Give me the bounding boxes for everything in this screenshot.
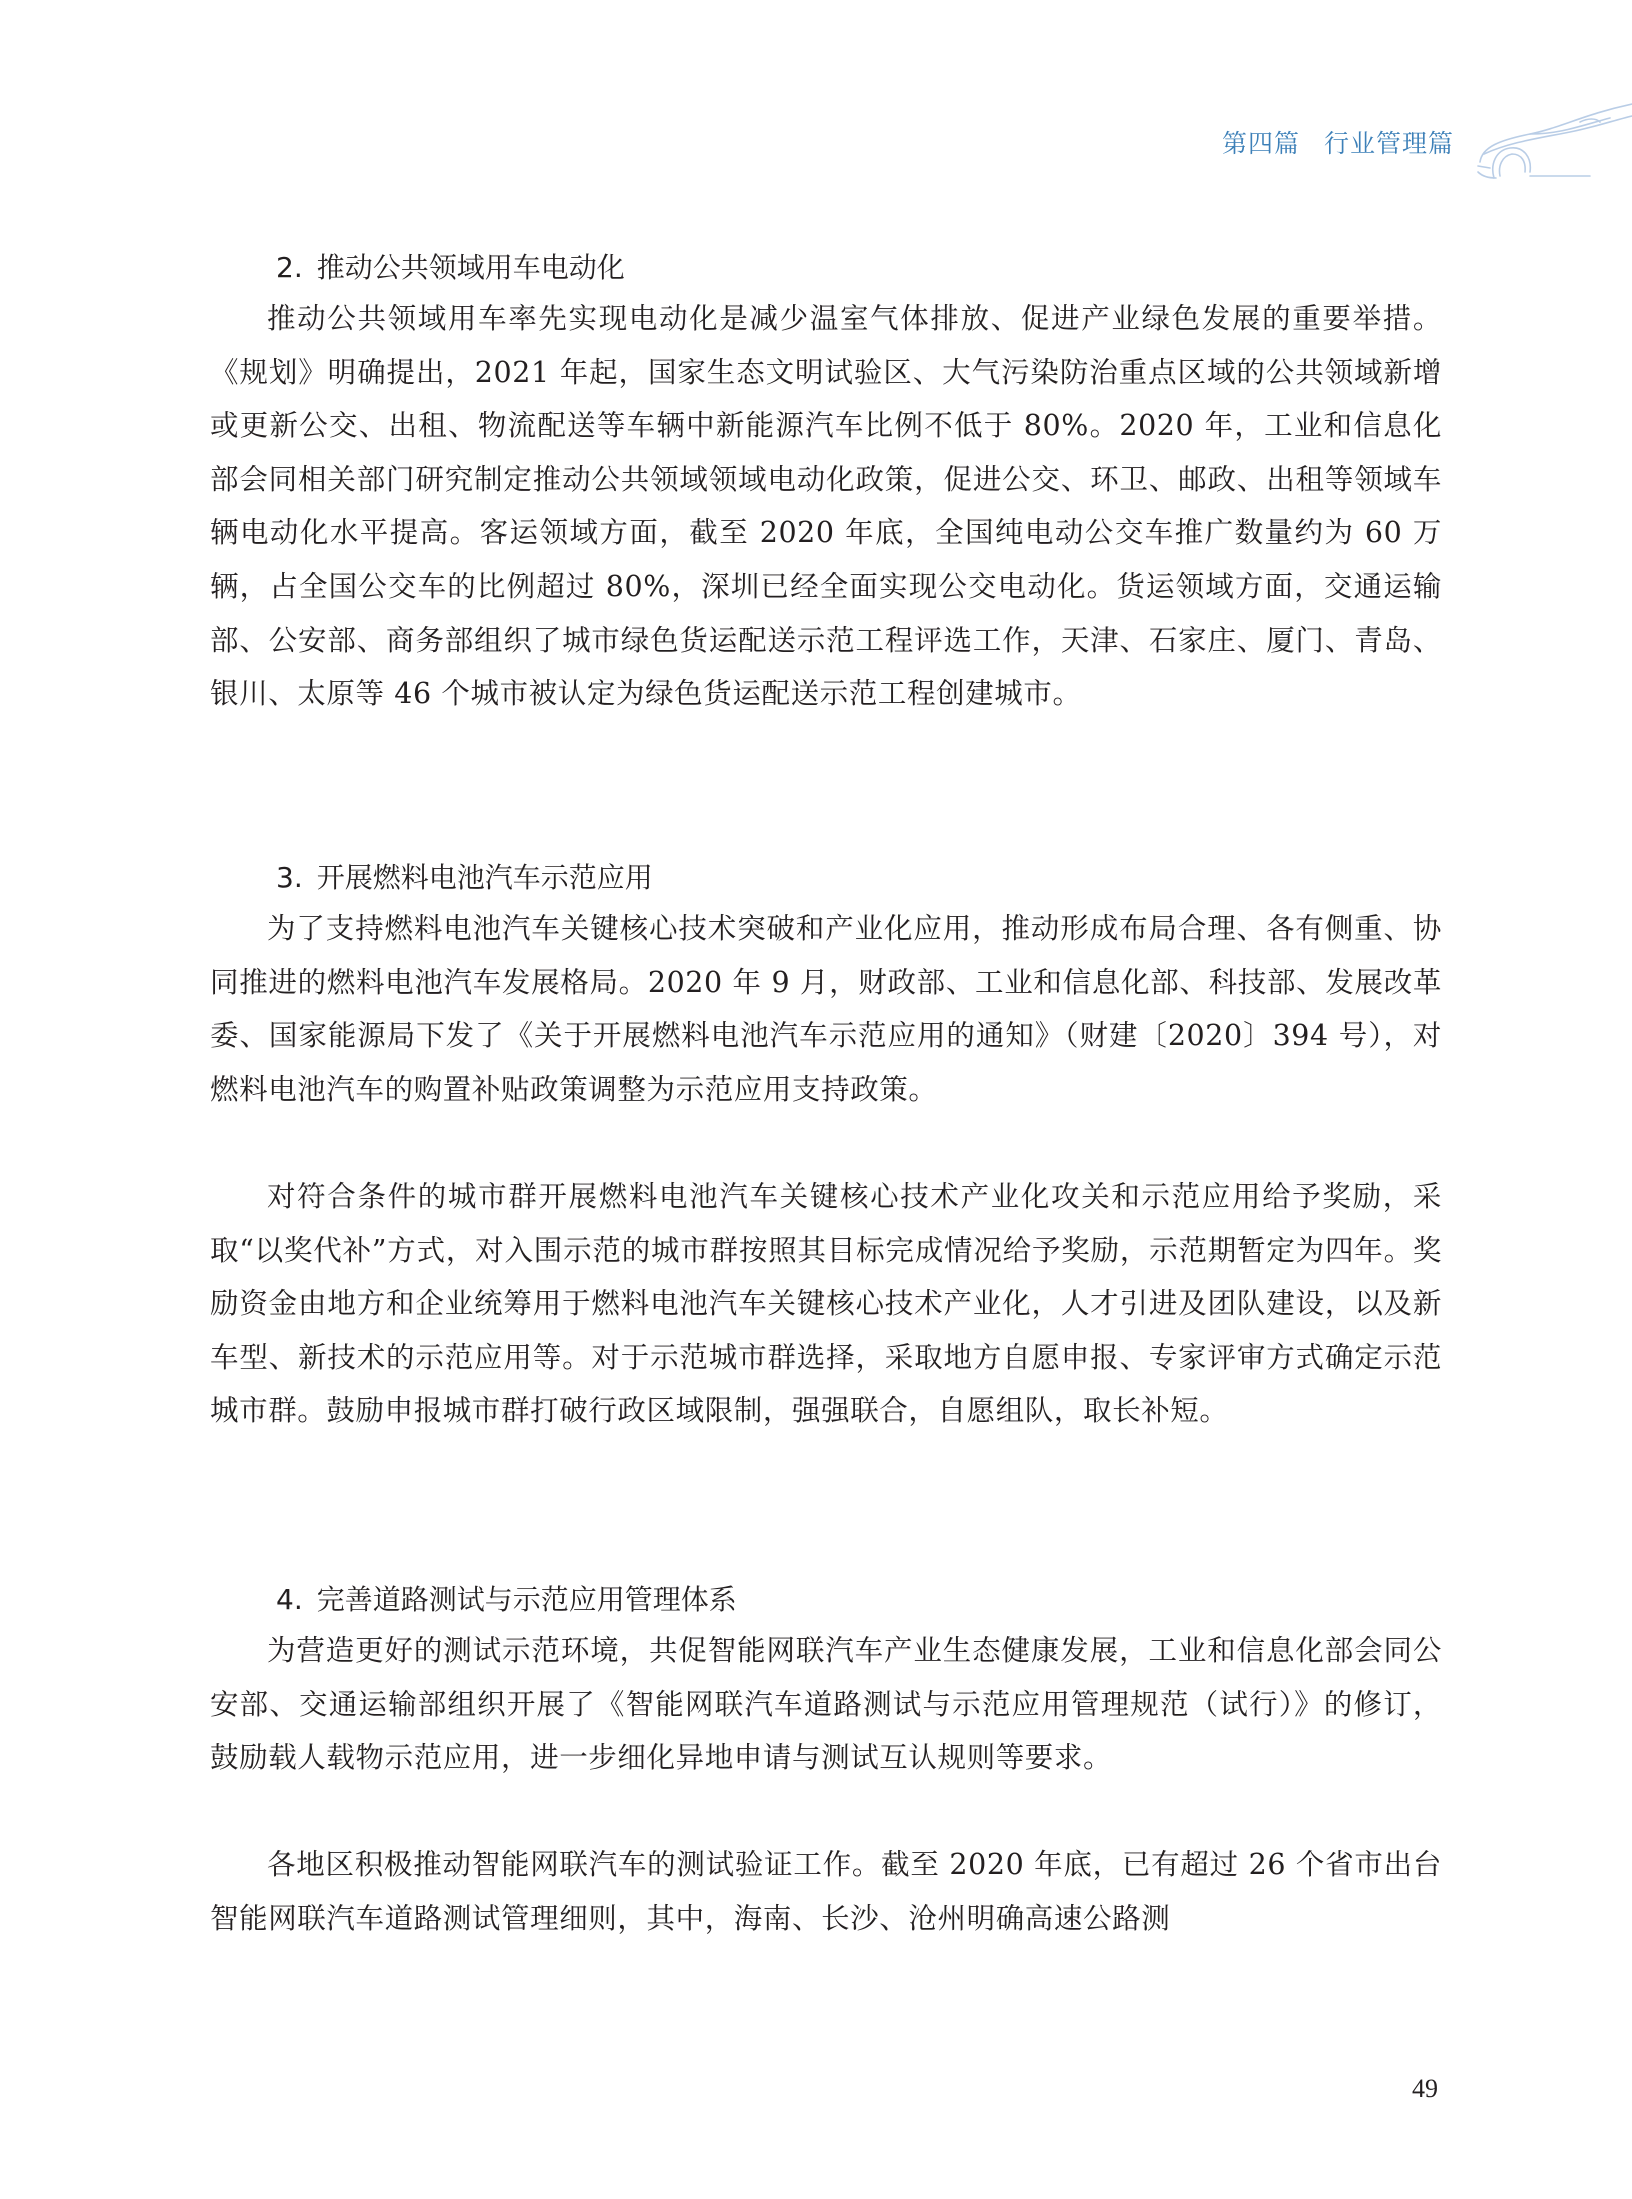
paragraph: 推动公共领域用车率先实现电动化是减少温室气体排放、促进产业绿色发展的重要举措。《… [210,292,1442,721]
page-number: 49 [1412,2074,1438,2104]
section-label: 行业管理篇 [1324,129,1454,158]
part-label: 第四篇 [1222,129,1300,158]
running-header: 第四篇行业管理篇 [1222,124,1454,160]
paragraph: 为营造更好的测试示范环境，共促智能网联汽车产业生态健康发展，工业和信息化部会同公… [210,1624,1442,1785]
paragraph: 对符合条件的城市群开展燃料电池汽车关键核心技术产业化攻关和示范应用给予奖励，采取… [210,1170,1442,1438]
car-outline-icon [1470,92,1632,182]
section-title: 开展燃料电池汽车示范应用 [317,861,653,894]
section-title: 完善道路测试与示范应用管理体系 [317,1583,737,1616]
paragraph: 各地区积极推动智能网联汽车的测试验证工作。截至 2020 年底，已有超过 26 … [210,1838,1442,1945]
section-heading-4: 4.完善道路测试与示范应用管理体系 [276,1578,737,1618]
section-title: 推动公共领域用车电动化 [317,251,625,284]
section-heading-2: 2.推动公共领域用车电动化 [276,246,625,286]
section-heading-3: 3.开展燃料电池汽车示范应用 [276,856,653,896]
paragraph: 为了支持燃料电池汽车关键核心技术突破和产业化应用，推动形成布局合理、各有侧重、协… [210,902,1442,1116]
